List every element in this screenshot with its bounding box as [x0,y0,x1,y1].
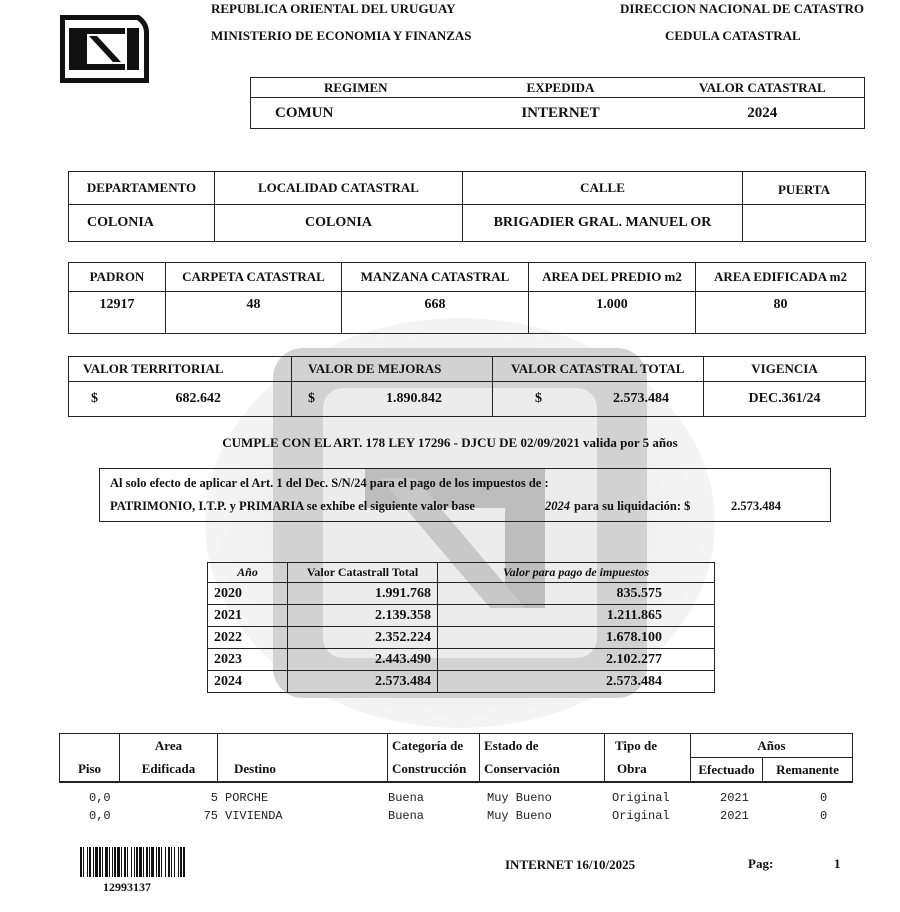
currency-symbol: $ [308,391,315,407]
construction-efectuado: 2021 [720,791,749,805]
valor-mejoras-value: 1.890.842 [386,391,442,407]
construction-header-efectuado: Efectuado [691,758,763,783]
construction-remanente: 0 [820,809,827,823]
valor-territorial-value: 682.642 [176,391,222,407]
localidad-label: LOCALIDAD CATASTRAL [215,172,463,205]
construction-header-construccion: Construcción [388,758,480,783]
construction-piso: 0,0 [89,791,111,805]
valor-territorial-cell: $682.642 [69,382,292,417]
page-label: Pag: [748,856,773,872]
construction-header-destino: Destino [218,758,388,783]
construction-area: 5 [182,791,218,805]
construction-header-categoria: Categoría de [388,734,480,758]
history-row: 2023 2.443.490 2.102.277 [208,649,715,671]
catastro-logo-icon [59,14,150,84]
construction-header-tipo: Tipo de [605,734,691,758]
header-direction: DIRECCION NACIONAL DE CATASTRO [620,1,864,17]
history-table: Año Valor Catastrall Total Valor para pa… [207,562,715,693]
construction-categoria: Buena [388,809,424,823]
construction-categoria: Buena [388,791,424,805]
puerta-label: PUERTA [743,172,866,205]
expedida-value: INTERNET [461,98,661,129]
construction-header-remanente: Remanente [763,758,853,783]
area-edificada-label: AREA EDIFICADA m2 [696,263,866,292]
location-table: DEPARTAMENTO LOCALIDAD CATASTRAL CALLE P… [68,171,866,242]
valor-mejoras-label: VALOR DE MEJORAS [292,357,493,382]
regimen-table: REGIMEN EXPEDIDA VALOR CATASTRAL COMUN I… [250,77,865,129]
history-tax: 1.678.100 [438,627,715,649]
construction-table: Area Categoría de Estado de Tipo de Años… [59,733,853,783]
history-tax: 2.573.484 [438,671,715,693]
history-header-tax: Valor para pago de impuestos [438,563,715,583]
puerta-value [743,205,866,242]
valor-catastral-total-label: VALOR CATASTRAL TOTAL [493,357,704,382]
calle-value: BRIGADIER GRAL. MANUEL OR [463,205,743,242]
barcode-icon [80,847,285,877]
construction-header-anos: Años [691,734,853,758]
header-republic: REPUBLICA ORIENTAL DEL URUGUAY [211,1,456,17]
parcel-table: PADRON CARPETA CATASTRAL MANZANA CATASTR… [68,262,866,334]
manzana-value: 668 [342,292,529,334]
history-row: 2020 1.991.768 835.575 [208,583,715,605]
construction-tipo: Original [612,791,670,805]
tax-notice-year: 2024 [545,499,570,514]
construction-tipo: Original [612,809,670,823]
history-year: 2020 [208,583,288,605]
history-total: 2.352.224 [288,627,438,649]
departamento-label: DEPARTAMENTO [69,172,215,205]
vigencia-value: DEC.361/24 [704,382,866,417]
construction-efectuado: 2021 [720,809,749,823]
construction-estado: Muy Bueno [487,809,552,823]
departamento-value: COLONIA [69,205,215,242]
valor-catastral-label: VALOR CATASTRAL [661,78,865,98]
tax-notice-amount: 2.573.484 [731,499,781,514]
construction-row: 0,0 5 PORCHE Buena Muy Bueno Original 20… [0,791,900,807]
compliance-note: CUMPLE CON EL ART. 178 LEY 17296 - DJCU … [0,435,900,451]
history-row: 2022 2.352.224 1.678.100 [208,627,715,649]
history-year: 2021 [208,605,288,627]
currency-symbol: $ [535,391,542,407]
history-tax: 1.211.865 [438,605,715,627]
construction-estado: Muy Bueno [487,791,552,805]
history-row: 2021 2.139.358 1.211.865 [208,605,715,627]
area-predio-value: 1.000 [529,292,696,334]
history-total: 2.443.490 [288,649,438,671]
construction-header-edificada: Edificada [120,758,218,783]
area-edificada-value: 80 [696,292,866,334]
history-year: 2024 [208,671,288,693]
tax-notice-line1: Al solo efecto de aplicar el Art. 1 del … [110,476,549,491]
valor-mejoras-cell: $1.890.842 [292,382,493,417]
padron-label: PADRON [69,263,166,292]
valor-catastral-total-cell: $2.573.484 [493,382,704,417]
header-ministry: MINISTERIO DE ECONOMIA Y FINANZAS [211,28,472,44]
regimen-value: COMUN [251,98,461,129]
valuation-table: VALOR TERRITORIAL VALOR DE MEJORAS VALOR… [68,356,866,417]
history-tax: 835.575 [438,583,715,605]
area-predio-label: AREA DEL PREDIO m2 [529,263,696,292]
construction-header-piso: Piso [60,758,120,783]
valor-territorial-label: VALOR TERRITORIAL [69,357,292,382]
history-total: 2.139.358 [288,605,438,627]
construction-area: 75 [182,809,218,823]
history-tax: 2.102.277 [438,649,715,671]
construction-header-blank [60,734,120,758]
valor-catastral-total-value: 2.573.484 [613,391,669,407]
history-year: 2023 [208,649,288,671]
construction-remanente: 0 [820,791,827,805]
regimen-label: REGIMEN [251,78,461,98]
carpeta-value: 48 [166,292,342,334]
manzana-label: MANZANA CATASTRAL [342,263,529,292]
tax-notice-liquidacion-label: para su liquidación: $ [574,499,690,514]
construction-header-conservacion: Conservación [480,758,605,783]
history-row: 2024 2.573.484 2.573.484 [208,671,715,693]
tax-notice-box: Al solo efecto de aplicar el Art. 1 del … [99,468,831,522]
valor-catastral-year: 2024 [661,98,865,129]
history-header-year: Año [208,563,288,583]
tax-notice-line2: PATRIMONIO, I.T.P. y PRIMARIA se exhíbe … [110,499,475,514]
header-doc-title: CEDULA CATASTRAL [665,28,801,44]
construction-row: 0,0 75 VIVIENDA Buena Muy Bueno Original… [0,809,900,825]
vigencia-label: VIGENCIA [704,357,866,382]
construction-header-area: Area [120,734,218,758]
calle-label: CALLE [463,172,743,205]
page-number: 1 [834,856,841,872]
construction-header-blank2 [218,734,388,758]
history-total: 2.573.484 [288,671,438,693]
history-header-total: Valor Catastrall Total [288,563,438,583]
construction-destino: VIVIENDA [225,809,283,823]
padron-value: 12917 [69,292,166,334]
carpeta-label: CARPETA CATASTRAL [166,263,342,292]
history-total: 1.991.768 [288,583,438,605]
barcode-number: 12993137 [103,880,151,895]
construction-piso: 0,0 [89,809,111,823]
localidad-value: COLONIA [215,205,463,242]
construction-header-obra: Obra [605,758,691,783]
construction-header-estado: Estado de [480,734,605,758]
currency-symbol: $ [91,391,98,407]
history-year: 2022 [208,627,288,649]
construction-destino: PORCHE [225,791,268,805]
expedida-label: EXPEDIDA [461,78,661,98]
issued-date: INTERNET 16/10/2025 [505,857,635,873]
